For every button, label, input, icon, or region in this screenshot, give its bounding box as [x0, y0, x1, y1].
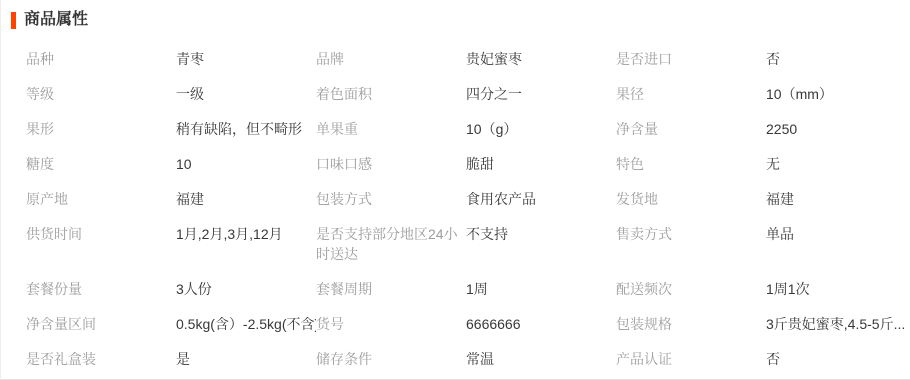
attr-value: 无	[766, 154, 910, 174]
attr-cell: 品种青枣	[26, 49, 316, 84]
panel-header: 商品属性	[1, 0, 910, 32]
attr-value: 10（g）	[466, 119, 616, 139]
attr-label: 单果重	[316, 119, 466, 139]
attr-label: 供货时间	[26, 224, 176, 244]
attr-label: 发货地	[616, 189, 766, 209]
attr-label: 储存条件	[316, 349, 466, 369]
panel-title: 商品属性	[24, 9, 88, 31]
attr-cell: 包装方式食用农产品	[316, 189, 616, 224]
attr-value: 否	[766, 49, 910, 69]
attr-cell: 套餐周期1周	[316, 279, 616, 314]
attr-cell: 果径10（mm）	[616, 84, 910, 119]
attr-label: 等级	[26, 84, 176, 104]
attr-value: 脆甜	[466, 154, 616, 174]
attr-cell: 发货地福建	[616, 189, 910, 224]
attr-label: 净含量区间	[26, 314, 176, 334]
attr-label: 品种	[26, 49, 176, 69]
attr-value: 6666666	[466, 314, 616, 334]
attr-label: 包装方式	[316, 189, 466, 209]
attr-value: 稍有缺陷，但不畸形	[176, 119, 316, 139]
attr-label: 品牌	[316, 49, 466, 69]
product-attributes-panel: 商品属性 品种青枣 品牌贵妃蜜枣 是否进口否 等级一级 着色面积四分之一 果径1…	[0, 0, 910, 380]
attr-cell: 净含量区间0.5kg(含）-2.5kg(不含)	[26, 314, 316, 349]
attr-value: 一级	[176, 84, 316, 104]
attr-value: 不支持	[466, 224, 616, 244]
attr-value: 2250	[766, 119, 910, 139]
attr-value: 10	[176, 154, 316, 174]
attr-label: 果径	[616, 84, 766, 104]
attr-cell: 是否进口否	[616, 49, 910, 84]
attr-value: 福建	[766, 189, 910, 209]
attr-value: 青枣	[176, 49, 316, 69]
attr-label: 货号	[316, 314, 466, 334]
attr-label: 原产地	[26, 189, 176, 209]
attr-cell: 储存条件常温	[316, 349, 616, 380]
attr-value: 1月,2月,3月,12月	[176, 224, 316, 244]
attr-cell: 包装规格3斤贵妃蜜枣,4.5-5斤...	[616, 314, 910, 349]
attributes-grid: 品种青枣 品牌贵妃蜜枣 是否进口否 等级一级 着色面积四分之一 果径10（mm）…	[1, 49, 910, 380]
attr-cell: 售卖方式单品	[616, 224, 910, 279]
attr-label: 售卖方式	[616, 224, 766, 244]
attr-label: 配送频次	[616, 279, 766, 299]
attr-value: 3斤贵妃蜜枣,4.5-5斤...	[766, 314, 910, 334]
attr-label: 口味口感	[316, 154, 466, 174]
attr-cell: 配送频次1周1次	[616, 279, 910, 314]
attr-label: 套餐份量	[26, 279, 176, 299]
attr-label: 是否支持部分地区24小时送达	[316, 224, 466, 264]
attr-cell: 净含量2250	[616, 119, 910, 154]
attr-value: 贵妃蜜枣	[466, 49, 616, 69]
attr-cell: 特色无	[616, 154, 910, 189]
attr-cell: 着色面积四分之一	[316, 84, 616, 119]
attr-value: 1周1次	[766, 279, 910, 299]
attr-cell: 套餐份量3人份	[26, 279, 316, 314]
attr-cell: 供货时间1月,2月,3月,12月	[26, 224, 316, 279]
attr-cell: 原产地福建	[26, 189, 316, 224]
attr-cell: 是否礼盒装是	[26, 349, 316, 380]
attr-cell: 货号6666666	[316, 314, 616, 349]
attr-label: 套餐周期	[316, 279, 466, 299]
attr-label: 净含量	[616, 119, 766, 139]
attr-cell: 是否支持部分地区24小时送达不支持	[316, 224, 616, 279]
attr-value: 常温	[466, 349, 616, 369]
attr-value: 福建	[176, 189, 316, 209]
attr-label: 着色面积	[316, 84, 466, 104]
attr-value: 否	[766, 349, 910, 369]
attr-value: 3人份	[176, 279, 316, 299]
attr-value: 0.5kg(含）-2.5kg(不含)	[176, 314, 316, 334]
attr-cell: 口味口感脆甜	[316, 154, 616, 189]
attr-cell: 糖度10	[26, 154, 316, 189]
attr-value: 1周	[466, 279, 616, 299]
attr-value: 单品	[766, 224, 910, 244]
attr-label: 特色	[616, 154, 766, 174]
attr-label: 果形	[26, 119, 176, 139]
attr-value: 四分之一	[466, 84, 616, 104]
attr-cell: 果形稍有缺陷，但不畸形	[26, 119, 316, 154]
attr-cell: 产品认证否	[616, 349, 910, 380]
attr-value: 10（mm）	[766, 84, 910, 104]
attr-value: 食用农产品	[466, 189, 616, 209]
attr-label: 包装规格	[616, 314, 766, 334]
attr-value: 是	[176, 349, 316, 369]
attr-label: 是否进口	[616, 49, 766, 69]
attr-cell: 品牌贵妃蜜枣	[316, 49, 616, 84]
attr-label: 产品认证	[616, 349, 766, 369]
attr-cell: 单果重10（g）	[316, 119, 616, 154]
attr-label: 糖度	[26, 154, 176, 174]
attr-cell: 等级一级	[26, 84, 316, 119]
accent-bar-icon	[11, 12, 16, 29]
attr-label: 是否礼盒装	[26, 349, 176, 369]
